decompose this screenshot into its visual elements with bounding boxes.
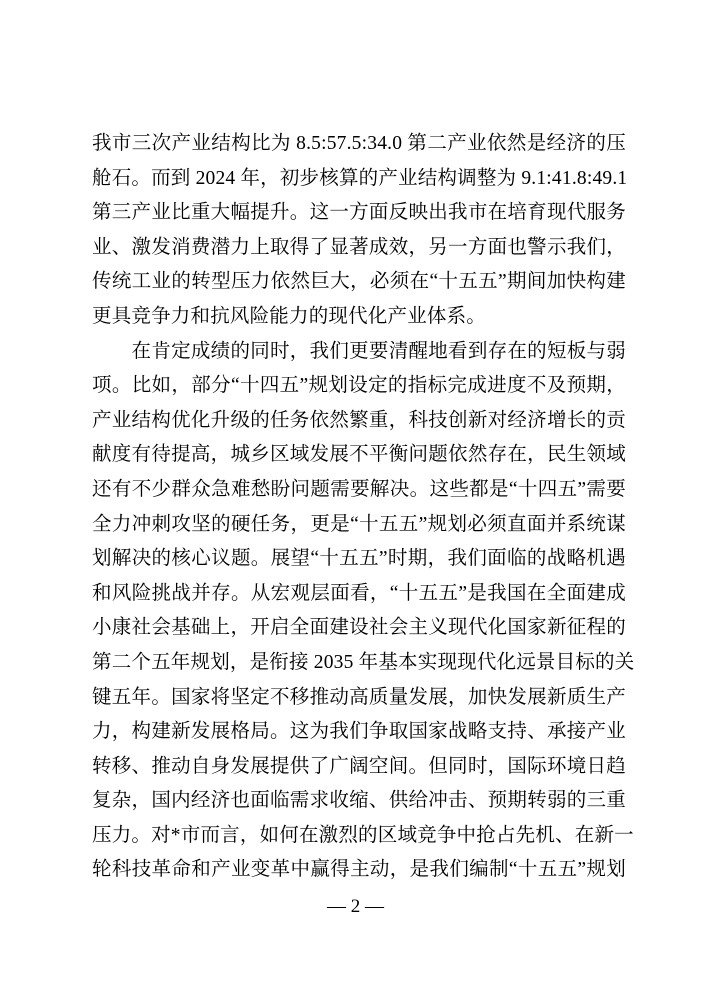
text-line: 键五年。国家将坚定不移推动高质量发展，加快发展新质生产 xyxy=(92,681,626,716)
document-page: 我市三次产业结构比为 8.5:57.5:34.0 第二产业依然是经济的压 舱石。… xyxy=(0,0,711,1006)
text-line: 在肯定成绩的同时，我们更要清醒地看到存在的短板与弱 xyxy=(92,335,626,370)
text-line: 我市三次产业结构比为 8.5:57.5:34.0 第二产业依然是经济的压 xyxy=(92,127,626,162)
text-line: 和风险挑战并存。从宏观层面看，“十五五”是我国在全面建成 xyxy=(92,577,626,612)
text-line: 舱石。而到 2024 年，初步核算的产业结构调整为 9.1:41.8:49.1 xyxy=(92,162,626,197)
text-line: 第三产业比重大幅提升。这一方面反映出我市在培育现代服务 xyxy=(92,196,626,231)
text-line: 产业结构优化升级的任务依然繁重，科技创新对经济增长的贡 xyxy=(92,404,626,439)
text-line: 业、激发消费潜力上取得了显著成效，另一方面也警示我们， xyxy=(92,231,626,266)
text-line: 项。比如，部分“十四五”规划设定的指标完成进度不及预期， xyxy=(92,369,626,404)
text-line: 传统工业的转型压力依然巨大，必须在“十五五”期间加快构建 xyxy=(92,265,626,300)
text-line: 转移、推动自身发展提供了广阔空间。但同时，国际环境日趋 xyxy=(92,750,626,785)
page-number: — 2 — xyxy=(0,892,711,922)
text-line: 献度有待提高，城乡区域发展不平衡问题依然存在，民生领域 xyxy=(92,438,626,473)
document-body: 我市三次产业结构比为 8.5:57.5:34.0 第二产业依然是经济的压 舱石。… xyxy=(92,127,626,888)
text-line: 压力。对*市而言，如何在激烈的区域竞争中抢占先机、在新一 xyxy=(92,819,626,854)
text-line: 复杂，国内经济也面临需求收缩、供给冲击、预期转弱的三重 xyxy=(92,784,626,819)
text-line: 全力冲刺攻坚的硬任务，更是“十五五”规划必须直面并系统谋 xyxy=(92,508,626,543)
text-line-paragraph-end: 更具竞争力和抗风险能力的现代化产业体系。 xyxy=(92,300,626,335)
text-line: 力，构建新发展格局。这为我们争取国家战略支持、承接产业 xyxy=(92,715,626,750)
text-line: 还有不少群众急难愁盼问题需要解决。这些都是“十四五”需要 xyxy=(92,473,626,508)
text-line: 划解决的核心议题。展望“十五五”时期，我们面临的战略机遇 xyxy=(92,542,626,577)
text-line: 第二个五年规划，是衔接 2035 年基本实现现代化远景目标的关 xyxy=(92,646,626,681)
text-line: 轮科技革命和产业变革中赢得主动，是我们编制“十五五”规划 xyxy=(92,853,626,888)
text-line: 小康社会基础上，开启全面建设社会主义现代化国家新征程的 xyxy=(92,611,626,646)
